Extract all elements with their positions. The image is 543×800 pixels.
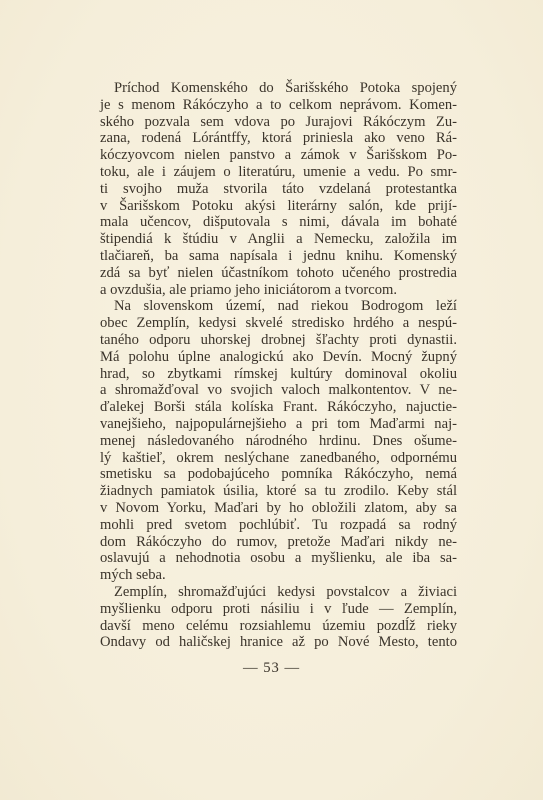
text-line: obec Zemplín, kedysi skvelé stredisko hr… <box>100 315 457 332</box>
text-line: dom Rákóczyho do rumov, pretože Maďari n… <box>100 534 457 551</box>
text-line: ďalekej Borši stála kolíska Frant. Rákóc… <box>100 399 457 416</box>
text-line: štipendiá k štúdiu v Anglii a Nemecku, z… <box>100 231 457 248</box>
text-line: ti svojho muža stvorila táto vzdelaná pr… <box>100 181 457 198</box>
text-line: menej následovaného národného hrdinu. Dn… <box>100 433 457 450</box>
text-line: lý kaštieľ, okrem neslýchane zanedbaného… <box>100 450 457 467</box>
text-line: toku, ale i záujem o literatúru, umenie … <box>100 164 457 181</box>
text-line: myšlienku odporu proti násiliu i v ľude … <box>100 601 457 618</box>
text-line: vanejšieho, najpopulárnejšieho a pri tom… <box>100 416 457 433</box>
text-line: ského pozvala sem vdova po Jurajovi Rákó… <box>100 114 457 131</box>
body-text: Príchod Komenského do Šarišského Potoka … <box>100 80 457 651</box>
text-line: v Novom Yorku, Maďari by ho obložili zla… <box>100 500 457 517</box>
text-line: mohli pred svetom pochlúbiť. Tu rozpadá … <box>100 517 457 534</box>
text-line: kóczyovcom nielen panstvo a zámok v Šari… <box>100 147 457 164</box>
text-line: tlačiareň, ba sama napísala i jednu knih… <box>100 248 457 265</box>
text-line: Má polohu úplne analogickú ako Devín. Mo… <box>100 349 457 366</box>
text-line: žiadnych pamiatok úsilia, ktoré sa tu zr… <box>100 483 457 500</box>
text-line: Ondavy od haličskej hranice až po Nové M… <box>100 634 457 651</box>
text-line: Príchod Komenského do Šarišského Potoka … <box>100 80 457 97</box>
text-line: zdá sa byť nielen účastníkom tohoto učen… <box>100 265 457 282</box>
text-line: Na slovenskom území, nad riekou Bodrogom… <box>100 298 457 315</box>
text-line: v Šarišskom Potoku akýsi literárny salón… <box>100 198 457 215</box>
paragraph-1: Príchod Komenského do Šarišského Potoka … <box>100 80 457 298</box>
text-line: mých seba. <box>100 567 457 584</box>
text-line: davší meno celému rozsiahlemu územiu poz… <box>100 618 457 635</box>
text-line: a shromažďoval vo svojich valoch malkont… <box>100 382 457 399</box>
text-line: taného odporu uhorskej drobnej šľachty p… <box>100 332 457 349</box>
book-page: Príchod Komenského do Šarišského Potoka … <box>0 0 543 800</box>
paragraph-3: Zemplín, shromažďujúci kedysi povstalcov… <box>100 584 457 651</box>
text-line: mala učencov, dišputovala s nimi, dávala… <box>100 214 457 231</box>
page-number: — 53 — <box>0 660 543 677</box>
text-line: zana, rodená Lórántffy, ktorá priniesla … <box>100 130 457 147</box>
text-line: a ovzdušia, ale priamo jeho iniciátorom … <box>100 282 457 299</box>
text-line: je s menom Rákóczyho a to celkom neprávo… <box>100 97 457 114</box>
text-line: oslavujú a nehodnotia osobu a myšlienku,… <box>100 550 457 567</box>
text-line: smetisku sa podobajúceho pomníka Rákóczy… <box>100 466 457 483</box>
paragraph-2: Na slovenskom území, nad riekou Bodrogom… <box>100 298 457 584</box>
text-line: hrad, so zbytkami rímskej kultúry domino… <box>100 366 457 383</box>
text-line: Zemplín, shromažďujúci kedysi povstalcov… <box>100 584 457 601</box>
